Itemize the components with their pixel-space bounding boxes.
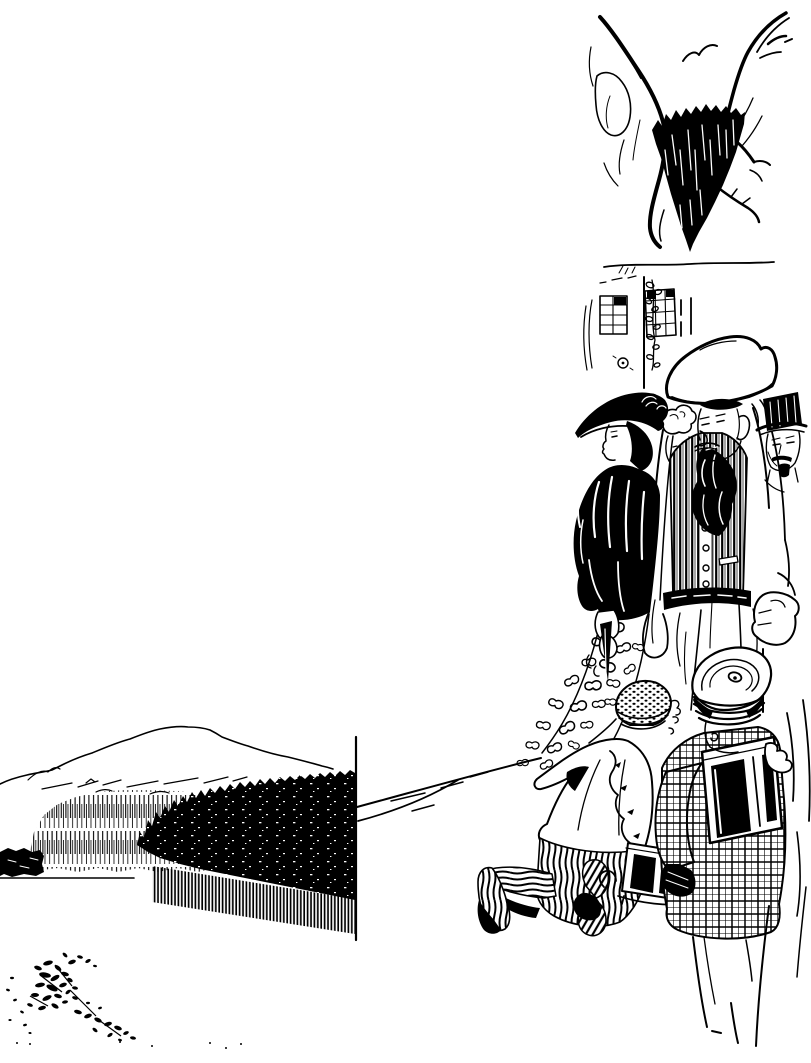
jacket [574,465,660,620]
grass-tufts [619,266,635,274]
lattice-window-left [600,296,627,334]
leafy-sprig [6,952,242,1049]
far-tick [785,39,792,42]
shore-bush [0,848,44,877]
swirl-beret [692,648,771,725]
mountain-ridge [0,727,333,784]
illustration-page [0,0,811,1063]
window-shutter-marks [681,298,691,336]
bird-icon [683,45,717,61]
mustache [772,456,792,462]
street-crowd-scene [357,276,810,1046]
lake-forest-landscape [0,727,356,940]
hair [626,421,653,471]
cliff-crevice-vignette [589,13,792,274]
road-edge [357,758,541,821]
profile-face [603,425,618,460]
flat-cap [589,681,680,743]
doorway-arc [584,300,592,370]
crevice-thicket [652,104,745,252]
lattice-window-right [645,289,676,337]
belt [663,587,751,610]
boy-legs [693,937,752,1043]
standing-boy [655,648,785,1043]
broad-hat [667,337,777,404]
illustration-canvas [0,0,811,1063]
vignette-base-rule [604,262,774,267]
kneeling-child [478,681,681,936]
door-knob [613,356,633,370]
